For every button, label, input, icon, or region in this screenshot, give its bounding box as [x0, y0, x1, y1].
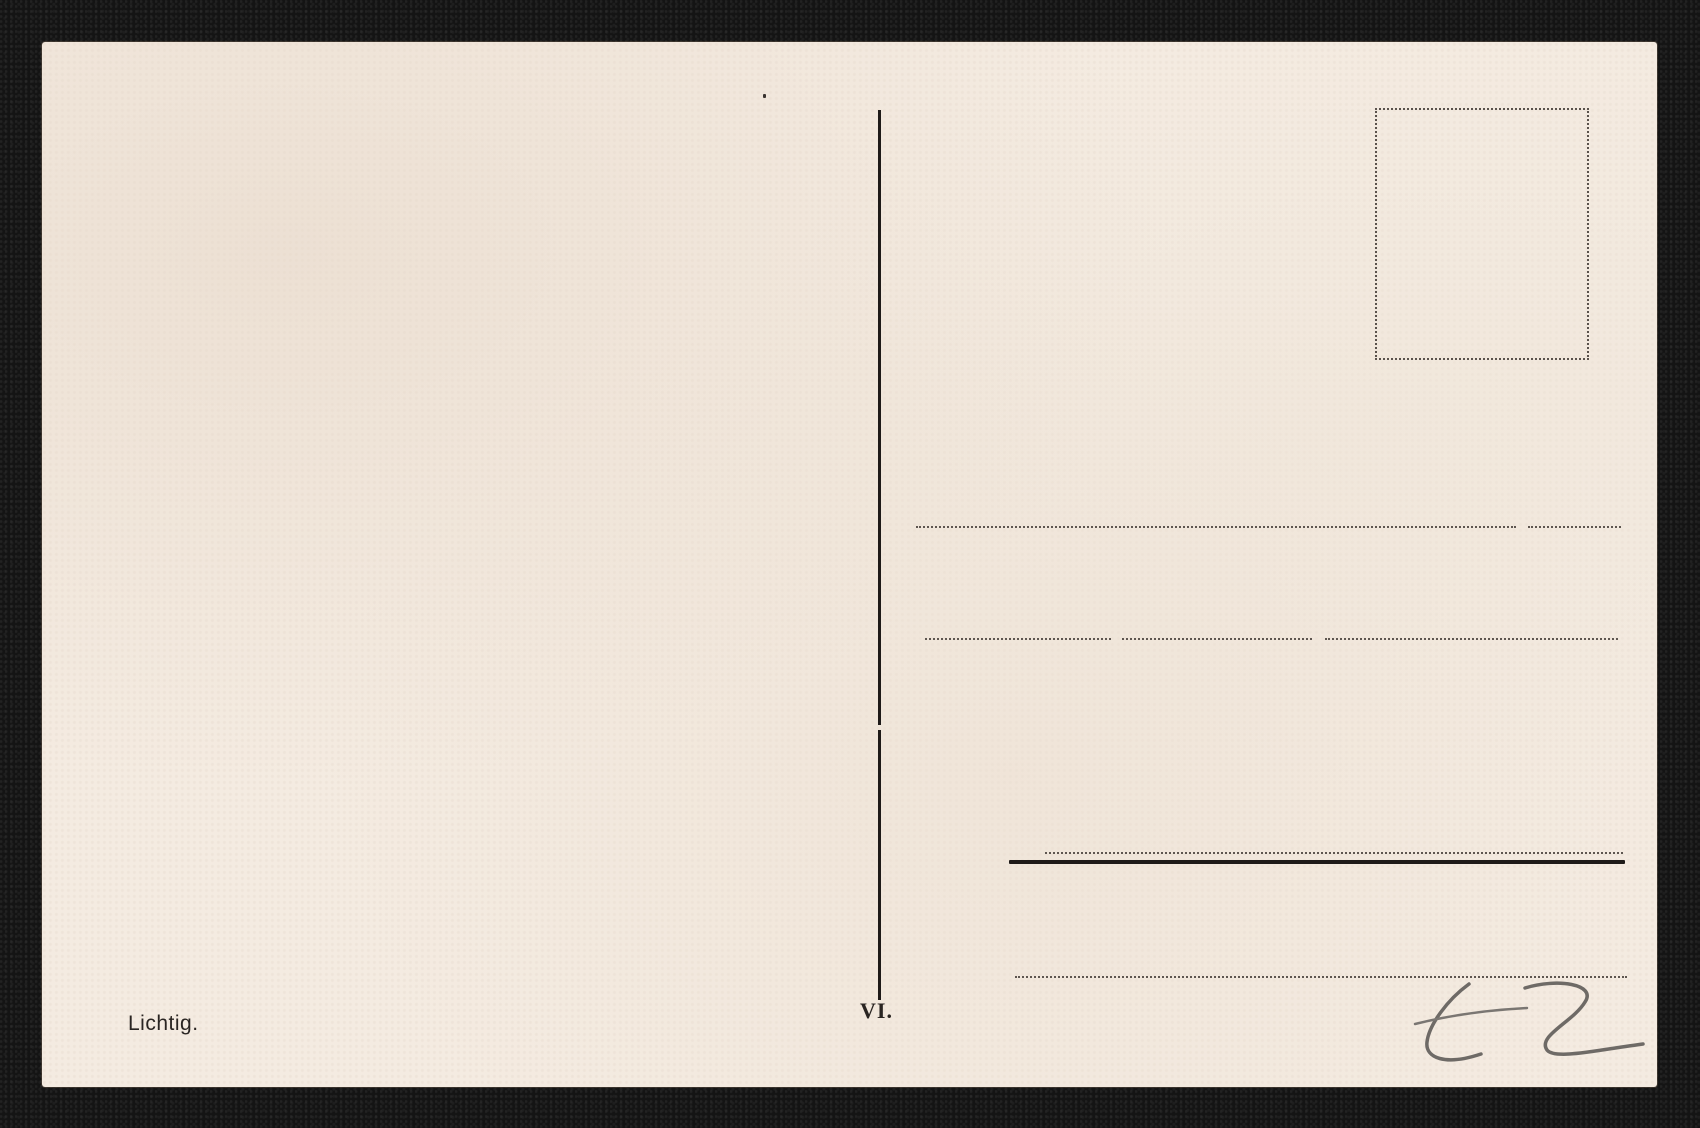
series-number: VI.: [860, 998, 893, 1024]
address-line-1-left: [916, 526, 1516, 528]
address-line-2-b: [1122, 638, 1312, 640]
center-divider-line-lower: [878, 730, 881, 1000]
address-line-1-right: [1528, 526, 1621, 528]
ink-speck: [763, 94, 766, 98]
pencil-62-icon: [1407, 980, 1647, 1070]
address-line-2-c: [1325, 638, 1618, 640]
stamp-placement-box: [1375, 108, 1589, 360]
address-line-4: [1015, 976, 1627, 978]
handwritten-pencil-note: 62: [1407, 980, 1647, 1070]
address-line-3-dotted: [1045, 852, 1623, 854]
address-line-3-solid: [1009, 860, 1625, 864]
postcard-back: Lichtig. VI. 62: [42, 42, 1657, 1087]
publisher-mark: Lichtig.: [128, 1012, 199, 1036]
address-line-2-a: [925, 638, 1111, 640]
center-divider-line-upper: [878, 110, 881, 725]
